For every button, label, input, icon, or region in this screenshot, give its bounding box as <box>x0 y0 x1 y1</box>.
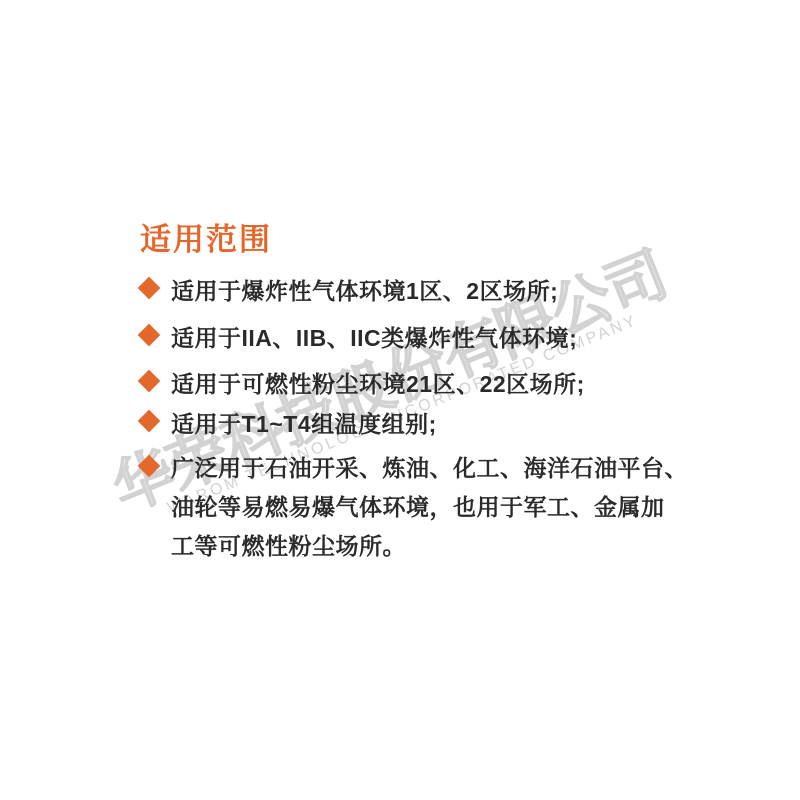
bullet-item: 广泛用于石油开采、炼油、化工、海洋石油平台、 油轮等易燃易爆气体环境，也用于军工… <box>138 449 681 566</box>
diamond-bullet-icon <box>138 277 161 300</box>
bullet-text-line: 油轮等易燃易爆气体环境，也用于军工、金属加 <box>171 488 681 527</box>
bullet-text: 广泛用于石油开采、炼油、化工、海洋石油平台、 油轮等易燃易爆气体环境，也用于军工… <box>171 449 681 566</box>
document-page: 华荣科技股份有限公司 WAROM TECHNOLOGY INCORPORATED… <box>0 0 800 800</box>
bullet-item: 适用于T1~T4组温度组别; <box>138 409 437 439</box>
section-title: 适用范围 <box>140 214 272 259</box>
bullet-text-line: 工等可燃性粉尘场所。 <box>171 527 681 566</box>
bullet-item: 适用于可燃性粉尘环境21区、22区场所; <box>138 369 585 399</box>
bullet-text: 适用于爆炸性气体环境1区、2区场所; <box>171 276 558 306</box>
bullet-text: 适用于IIA、IIB、IIC类爆炸性气体环境; <box>171 323 577 353</box>
bullet-text: 适用于可燃性粉尘环境21区、22区场所; <box>171 369 585 399</box>
diamond-bullet-icon <box>138 324 161 347</box>
bullet-item: 适用于IIA、IIB、IIC类爆炸性气体环境; <box>138 323 577 353</box>
bullet-item: 适用于爆炸性气体环境1区、2区场所; <box>138 276 558 306</box>
bullet-text: 适用于T1~T4组温度组别; <box>171 409 437 439</box>
diamond-bullet-icon <box>138 370 161 393</box>
bullet-text-line: 广泛用于石油开采、炼油、化工、海洋石油平台、 <box>171 449 681 488</box>
diamond-bullet-icon <box>138 410 161 433</box>
diamond-bullet-icon <box>138 455 161 478</box>
